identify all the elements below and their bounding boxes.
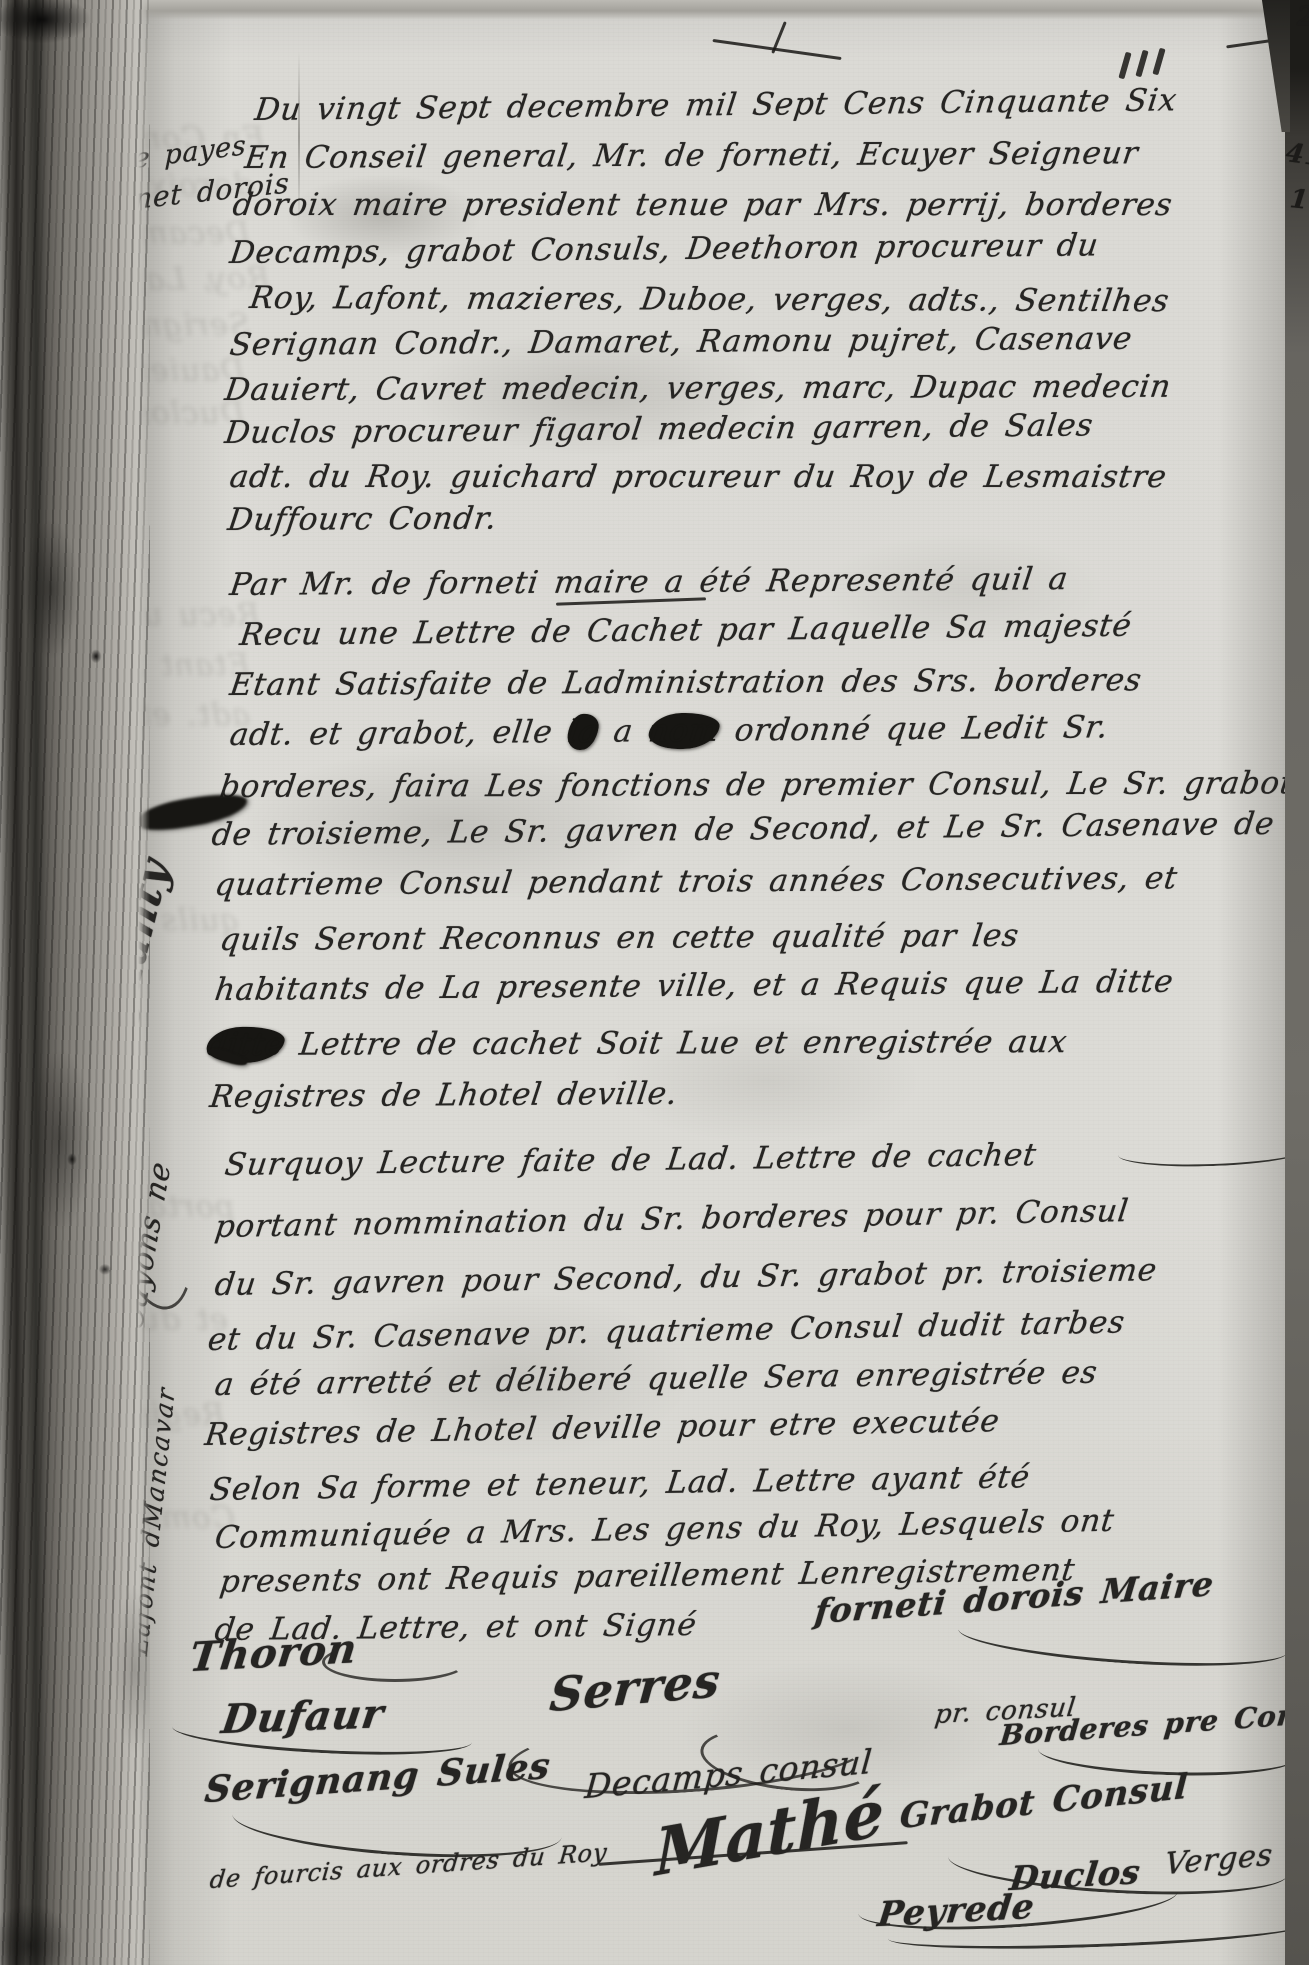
manuscript-line: Decamps, grabot Consuls, Deethoron procu… (228, 230, 1100, 269)
adjacent-page-edge (1285, 0, 1309, 1965)
manuscript-line: habitants de La presente ville, et a Req… (213, 967, 1175, 1006)
signature: Peyrede (876, 1890, 1037, 1932)
page-top-edge (128, 0, 1288, 20)
manuscript-line: adt. et grabot, elle la a nom ordonné qu… (228, 712, 1110, 751)
manuscript-line: Par Mr. de forneti maire a été Represent… (228, 564, 1070, 601)
manuscript-line: Duclos procureur figarol medecin garren,… (223, 410, 1095, 449)
manuscript-line: Serignan Condr., Damaret, Ramonu pujret,… (228, 324, 1134, 361)
manuscript-scan: En Conseil general, Mr. de forneti, Ecuy… (0, 0, 1309, 1965)
signature: Serres (548, 1657, 722, 1718)
line-segment: Lettre de cachet Soit Lue et enregistrée… (282, 1024, 1070, 1063)
manuscript-line: ditte Lettre de cachet Soit Lue et enreg… (205, 1027, 1069, 1061)
manuscript-line: Roy, Lafont, mazieres, Duboe, verges, ad… (248, 283, 1172, 317)
manuscript-line: Dauiert, Cavret medecin, verges, marc, D… (223, 372, 1173, 406)
manuscript-line: borderes, faira Les fonctions de premier… (218, 768, 1296, 803)
edge-number: 41 (1284, 140, 1309, 171)
edge-number: 2 (1297, 4, 1309, 30)
manuscript-line: quils Seront Reconnus en cette qualité p… (218, 921, 1021, 956)
manuscript-line: doroix maire president tenue par Mrs. pe… (231, 190, 1175, 221)
book-binding (0, 0, 150, 1965)
manuscript-line: Etant Satisfaite de Ladministration des … (228, 665, 1144, 701)
line-segment: ordonné que Ledit Sr. (717, 709, 1111, 748)
manuscript-line: Duffourc Condr. (226, 504, 499, 536)
signature: Dufaur (219, 1694, 386, 1740)
signature: Thoron (188, 1629, 360, 1678)
manuscript-line: Registres de Lhotel deville. (208, 1079, 680, 1113)
edge-number: 16 (1289, 186, 1309, 216)
manuscript-line: En Conseil general, Mr. de forneti, Ecuy… (243, 138, 1140, 174)
struck-word: nom (646, 713, 721, 750)
manuscript-line: adt. du Roy. guichard procureur du Roy d… (228, 462, 1169, 493)
line-segment: a (596, 713, 651, 749)
manuscript-line: quatrieme Consul pendant trois années Co… (213, 863, 1180, 901)
line-segment: adt. et grabot, elle (228, 714, 571, 753)
manuscript-line: Recu une Lettre de Cachet par Laquelle S… (238, 611, 1134, 651)
